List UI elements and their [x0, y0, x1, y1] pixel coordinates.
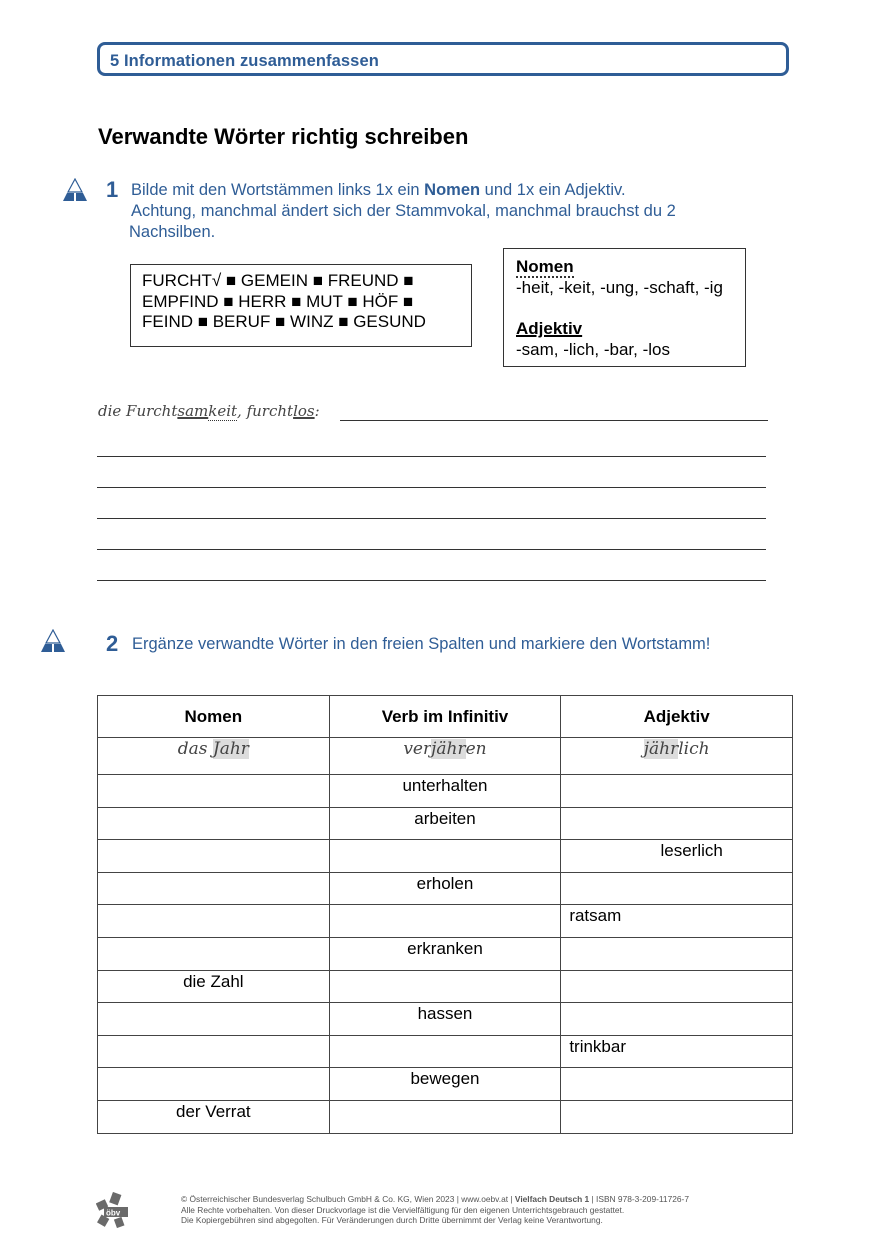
svg-text:öbv: öbv [106, 1209, 121, 1218]
column-header-nomen: Nomen [98, 696, 330, 738]
task-number: 2 [106, 631, 118, 657]
footer-book-title: Vielfach Deutsch 1 [515, 1194, 589, 1204]
nomen-suffix-label: Nomen [516, 257, 574, 278]
task-instruction-line3: Nachsilben. [129, 222, 215, 243]
nomen-cell[interactable] [98, 937, 330, 970]
example-answer: die Furchtsamkeit, furchtlos: [98, 402, 320, 420]
instruction-bold: Nomen [424, 181, 480, 199]
nomen-cell[interactable] [98, 872, 330, 905]
adjektiv-cell[interactable] [561, 1068, 793, 1101]
copyright-notice: © Österreichischer Bundesverlag Schulbuc… [181, 1194, 689, 1226]
task-instruction: Ergänze verwandte Wörter in den freien S… [132, 634, 710, 655]
chapter-title: 5 Informationen zusammenfassen [110, 52, 379, 71]
task-instruction: Bilde mit den Wortstämmen links 1x ein N… [131, 180, 626, 201]
example-cell: jährlich [561, 738, 793, 775]
word-part: en [466, 739, 487, 759]
answer-line[interactable] [97, 518, 766, 519]
verb-cell[interactable] [329, 970, 561, 1003]
verb-cell[interactable] [329, 1035, 561, 1068]
answer-line[interactable] [97, 456, 766, 457]
stems-line: EMPFIND ■ HERR ■ MUT ■ HÖF ■ [142, 292, 471, 313]
verb-cell: unterhalten [329, 775, 561, 808]
nomen-cell: der Verrat [98, 1100, 330, 1133]
table-row: leserlich [98, 840, 793, 873]
adjektiv-cell: leserlich [561, 840, 793, 873]
table-row: hassen [98, 1003, 793, 1036]
word-part: ver [403, 739, 431, 759]
oebv-logo-icon: öbv [96, 1192, 132, 1228]
nomen-cell[interactable] [98, 775, 330, 808]
example-text: die Furcht [98, 402, 177, 420]
word-stems-box: FURCHT√ ■ GEMEIN ■ FREUND ■ EMPFIND ■ HE… [130, 264, 472, 347]
verb-cell: bewegen [329, 1068, 561, 1101]
example-cell: verjähren [329, 738, 561, 775]
example-suffix: los [293, 402, 315, 420]
verb-cell: erkranken [329, 937, 561, 970]
nomen-cell[interactable] [98, 1003, 330, 1036]
example-suffix: sam [177, 402, 208, 420]
suffix-box: Nomen -heit, -keit, -ung, -schaft, -ig A… [503, 248, 746, 367]
related-words-table: Nomen Verb im Infinitiv Adjektiv das Jah… [97, 695, 793, 1134]
adjektiv-cell[interactable] [561, 807, 793, 840]
footer-text: © Österreichischer Bundesverlag Schulbuc… [181, 1194, 515, 1204]
nomen-cell[interactable] [98, 840, 330, 873]
answer-line[interactable] [97, 580, 766, 581]
table-row: erholen [98, 872, 793, 905]
adjektiv-cell[interactable] [561, 970, 793, 1003]
task-number: 1 [106, 177, 118, 203]
verb-cell: erholen [329, 872, 561, 905]
example-row: das Jahr verjähren jährlich [98, 738, 793, 775]
adjektiv-cell[interactable] [561, 872, 793, 905]
table-row: der Verrat [98, 1100, 793, 1133]
example-cell: das Jahr [98, 738, 330, 775]
word-stem-highlight: jähr [644, 739, 678, 759]
footer-text: | ISBN 978-3-209-11726-7 [589, 1194, 689, 1204]
adjektiv-cell: ratsam [561, 905, 793, 938]
instruction-text: Bilde mit den Wortstämmen links 1x ein [131, 181, 424, 199]
nomen-suffix-list: -heit, -keit, -ung, -schaft, -ig [516, 277, 745, 298]
nomen-cell[interactable] [98, 905, 330, 938]
word-part: lich [678, 739, 709, 759]
adjektiv-cell[interactable] [561, 775, 793, 808]
table-row: ratsam [98, 905, 793, 938]
column-header-adjektiv: Adjektiv [561, 696, 793, 738]
difficulty-pyramid-icon [61, 178, 89, 202]
table-row: trinkbar [98, 1035, 793, 1068]
nomen-cell[interactable] [98, 807, 330, 840]
page-title: Verwandte Wörter richtig schreiben [98, 124, 468, 150]
verb-cell[interactable] [329, 840, 561, 873]
adjektiv-suffix-list: -sam, -lich, -bar, -los [516, 339, 745, 360]
nomen-cell[interactable] [98, 1068, 330, 1101]
column-header-verb: Verb im Infinitiv [329, 696, 561, 738]
adjektiv-cell[interactable] [561, 937, 793, 970]
verb-cell: arbeiten [329, 807, 561, 840]
example-text: : [315, 402, 320, 420]
example-suffix: keit [208, 402, 237, 421]
word-stem-highlight: Jahr [213, 739, 249, 759]
instruction-text: und 1x ein Adjektiv. [480, 181, 626, 199]
adjektiv-cell[interactable] [561, 1100, 793, 1133]
table-row: bewegen [98, 1068, 793, 1101]
adjektiv-cell: trinkbar [561, 1035, 793, 1068]
table-row: unterhalten [98, 775, 793, 808]
answer-line[interactable] [97, 487, 766, 488]
footer-text: Die Kopiergebühren sind abgegolten. Für … [181, 1215, 689, 1226]
verb-cell[interactable] [329, 1100, 561, 1133]
stems-line: FURCHT√ ■ GEMEIN ■ FREUND ■ [142, 271, 471, 292]
task-instruction-line2: Achtung, manchmal ändert sich der Stammv… [131, 201, 676, 222]
verb-cell[interactable] [329, 905, 561, 938]
verb-cell: hassen [329, 1003, 561, 1036]
adjektiv-suffix-label: Adjektiv [516, 319, 582, 338]
difficulty-pyramid-icon [39, 629, 67, 653]
nomen-cell[interactable] [98, 1035, 330, 1068]
stems-line: FEIND ■ BERUF ■ WINZ ■ GESUND [142, 312, 471, 333]
word-part: das [178, 739, 213, 759]
table-row: erkranken [98, 937, 793, 970]
footer-text: Alle Rechte vorbehalten. Von dieser Druc… [181, 1205, 689, 1216]
example-text: , furcht [237, 402, 293, 420]
table-row: die Zahl [98, 970, 793, 1003]
adjektiv-cell[interactable] [561, 1003, 793, 1036]
answer-line[interactable] [97, 549, 766, 550]
table-row: arbeiten [98, 807, 793, 840]
nomen-cell: die Zahl [98, 970, 330, 1003]
word-stem-highlight: jähr [431, 739, 465, 759]
answer-line[interactable] [340, 420, 768, 421]
